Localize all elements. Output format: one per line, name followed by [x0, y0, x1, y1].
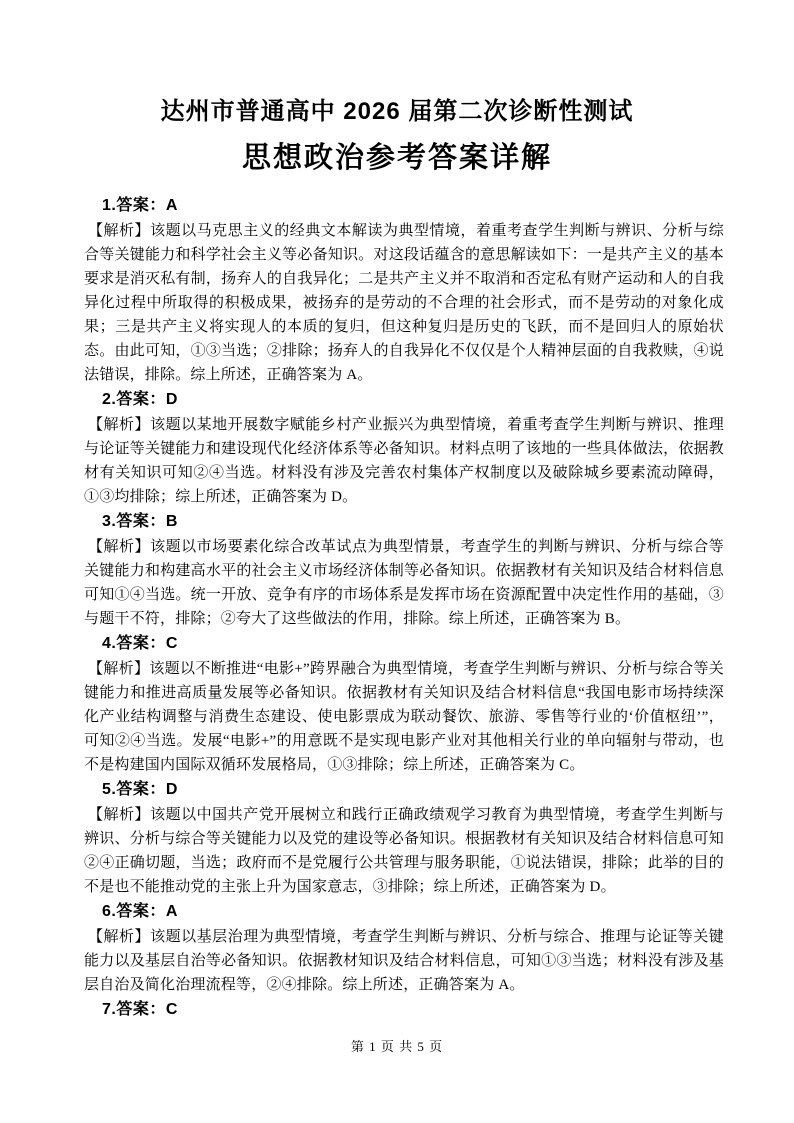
answer-analysis: 【解析】该题以市场要素化综合改革试点为典型情景，考查学生的判断与辨识、分析与综合… — [84, 535, 724, 631]
document-page: 达州市普通高中 2026 届第二次诊断性测试 思想政治参考答案详解 1.答案：A… — [0, 0, 794, 1123]
answer-analysis: 【解析】该题以不断推进“电影+”跨界融合为典型情境，考查学生判断与辨识、分析与综… — [84, 657, 724, 777]
answer-heading: 3.答案：B — [84, 509, 724, 535]
answer-heading: 1.答案：A — [84, 193, 724, 219]
answer-analysis: 【解析】该题以基层治理为典型情境，考查学生判断与辨识、分析与综合、推理与论证等关… — [84, 925, 724, 997]
page-number-footer: 第 1 页 共 5 页 — [0, 1038, 794, 1056]
answer-item-3: 3.答案：B 【解析】该题以市场要素化综合改革试点为典型情景，考查学生的判断与辨… — [84, 509, 724, 631]
answer-heading: 4.答案：C — [84, 631, 724, 657]
answer-heading: 5.答案：D — [84, 777, 724, 803]
answer-analysis: 【解析】该题以某地开展数字赋能乡村产业振兴为典型情境，着重考查学生判断与辨识、推… — [84, 413, 724, 509]
answer-item-5: 5.答案：D 【解析】该题以中国共产党开展树立和践行正确政绩观学习教育为典型情境… — [84, 777, 724, 899]
document-title: 达州市普通高中 2026 届第二次诊断性测试 — [0, 0, 794, 128]
answer-analysis: 【解析】该题以中国共产党开展树立和践行正确政绩观学习教育为典型情境，考查学生判断… — [84, 803, 724, 899]
document-subtitle: 思想政治参考答案详解 — [0, 140, 794, 176]
answer-item-1: 1.答案：A 【解析】该题以马克思主义的经典文本解读为典型情境，着重考查学生判断… — [84, 193, 724, 387]
answer-heading: 2.答案：D — [84, 387, 724, 413]
answer-heading: 6.答案：A — [84, 899, 724, 925]
answers-section: 1.答案：A 【解析】该题以马克思主义的经典文本解读为典型情境，着重考查学生判断… — [84, 193, 724, 1023]
answer-item-2: 2.答案：D 【解析】该题以某地开展数字赋能乡村产业振兴为典型情境，着重考查学生… — [84, 387, 724, 509]
answer-heading: 7.答案：C — [84, 997, 724, 1023]
answer-analysis: 【解析】该题以马克思主义的经典文本解读为典型情境，着重考查学生判断与辨识、分析与… — [84, 219, 724, 387]
answer-item-7: 7.答案：C — [84, 997, 724, 1023]
answer-item-4: 4.答案：C 【解析】该题以不断推进“电影+”跨界融合为典型情境，考查学生判断与… — [84, 631, 724, 777]
answer-item-6: 6.答案：A 【解析】该题以基层治理为典型情境，考查学生判断与辨识、分析与综合、… — [84, 899, 724, 997]
